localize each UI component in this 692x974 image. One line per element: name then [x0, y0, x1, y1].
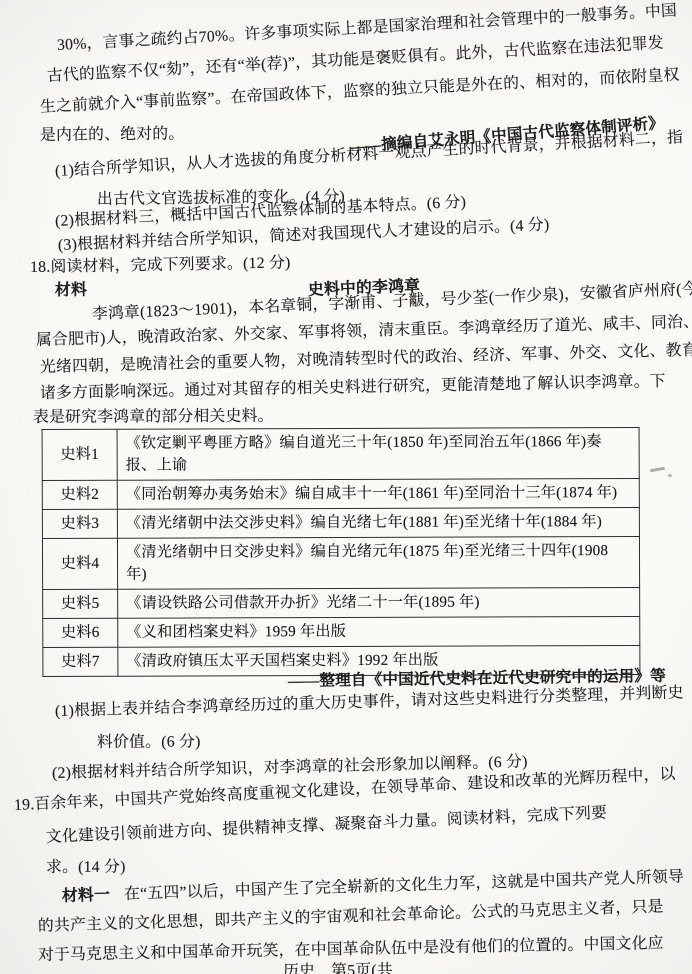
q19-material-text-1: 在“五四”以后，中国产生了完全崭新的文化生力军，这就是中国共产党人所领导 [124, 868, 684, 903]
sources-table-container: 史料1 《钦定剿平粤匪方略》编自道光三十年(1850 年)至同治五年(1866 … [42, 427, 641, 677]
source-desc-cell: 《同治朝筹办夷务始末》编自咸丰十一年(1861 年)至同治十三年(1874 年) [117, 478, 639, 509]
source-desc-cell: 《清光绪朝中日交涉史料》编自光绪元年(1875 年)至光绪三十四年(1908 年… [117, 536, 639, 589]
q18-paragraph-line-4: 诸多方面影响深远。通过对其留存的相关史料进行研究，更能清楚地了解认识李鸿章。下 [40, 372, 666, 404]
source-desc-cell: 《钦定剿平粤匪方略》编自道光三十年(1850 年)至同治五年(1866 年)奏报… [117, 427, 639, 480]
source-id-cell: 史料7 [43, 647, 118, 676]
table-row: 史料3 《清光绪朝中法交涉史料》编自光绪七年(1881 年)至光绪十年(1884… [42, 507, 639, 538]
table-row: 史料4 《清光绪朝中日交涉史料》编自光绪元年(1875 年)至光绪三十四年(19… [42, 536, 639, 589]
q18-material-label: 材料 [55, 281, 87, 301]
q19-material-label: 材料一 [62, 886, 111, 905]
exam-page-scan: 30%，言事之疏约占70%。许多事项实际上都是国家治理和社会管理中的一般事务。中… [0, 0, 692, 974]
source-desc-cell: 《请设铁路公司借款开办折》光绪二十一年(1895 年) [118, 587, 640, 618]
table-row: 史料6 《义和团档案史料》1959 年出版 [43, 616, 640, 647]
table-row: 史料2 《同治朝筹办夷务始末》编自咸丰十一年(1861 年)至同治十三年(187… [42, 478, 639, 509]
page-footer: 历史 第5页(共 [283, 961, 393, 974]
source-id-cell: 史料6 [43, 618, 118, 647]
q18-question-1-line-2: 料价值。(6 分) [97, 732, 201, 753]
source-desc-cell: 《义和团档案史料》1959 年出版 [118, 616, 640, 647]
source-id-cell: 史料4 [42, 538, 117, 589]
sources-table: 史料1 《钦定剿平粤匪方略》编自道光三十年(1850 年)至同治五年(1866 … [42, 427, 641, 677]
intro-line-4: 是内在的、绝对的。 [40, 124, 185, 146]
source-id-cell: 史料3 [42, 509, 117, 538]
source-id-cell: 史料5 [43, 589, 118, 618]
table-row: 史料1 《钦定剿平粤匪方略》编自道光三十年(1850 年)至同治五年(1866 … [42, 427, 639, 480]
table-row: 史料5 《请设铁路公司借款开办折》光绪二十一年(1895 年) [43, 587, 640, 618]
source-id-cell: 史料2 [42, 480, 117, 509]
q18-heading: 18.阅读材料，完成下列要求。(12 分) [30, 253, 291, 278]
scan-artifact [668, 474, 672, 477]
q19-heading-line-3: 求。(14 分) [46, 858, 126, 878]
q18-paragraph-line-5: 表是研究李鸿章的部分相关史料。 [33, 407, 274, 428]
scan-artifact [650, 467, 665, 473]
source-desc-cell: 《清光绪朝中法交涉史料》编自光绪七年(1881 年)至光绪十年(1884 年) [117, 507, 639, 538]
source-id-cell: 史料1 [42, 429, 117, 480]
